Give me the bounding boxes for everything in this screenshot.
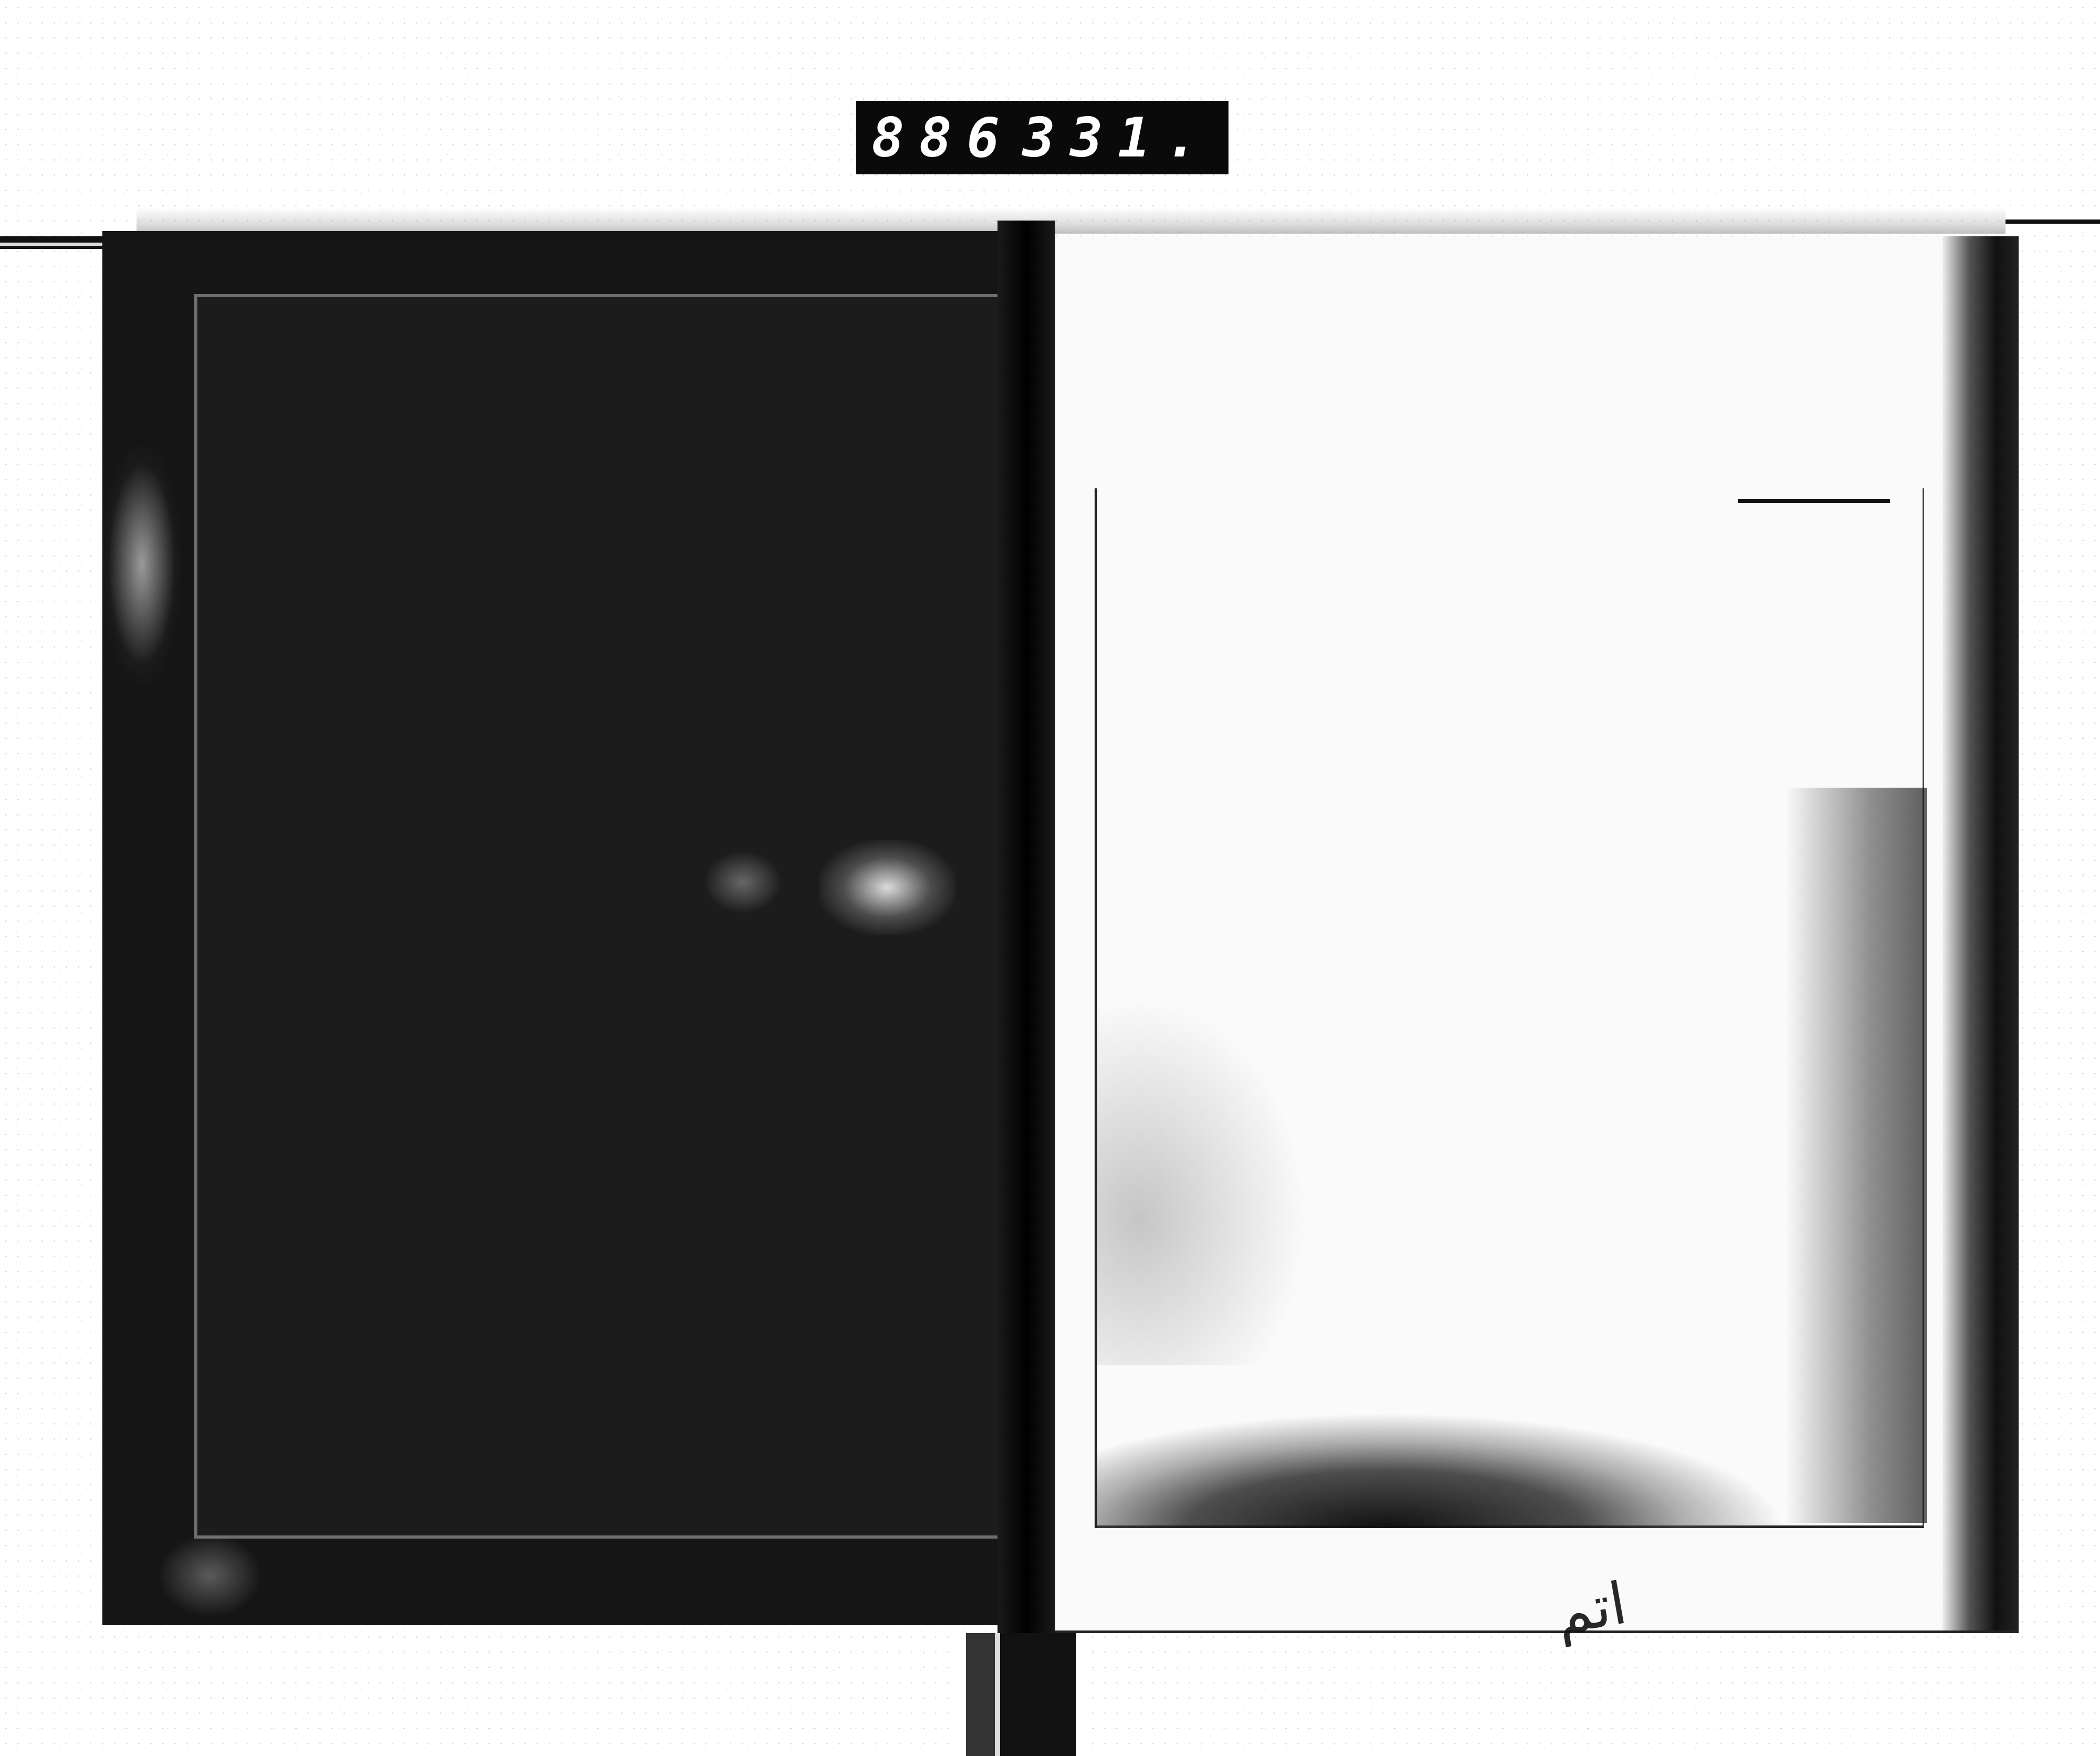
- cover-stain-light: [819, 840, 955, 935]
- book-spine-gutter: [997, 221, 1055, 1756]
- book-top-shadow: [136, 207, 2005, 234]
- cover-corner-wear: [157, 1533, 262, 1617]
- page-block-edge: [1942, 236, 2019, 1633]
- page-corner-mark: [1738, 499, 1890, 503]
- page-bottom-edge: [1045, 1630, 2019, 1633]
- film-edge-highlight-left: [0, 243, 105, 246]
- frame-counter: 886 331.: [856, 101, 1228, 174]
- page-stain-bottom: [1097, 1323, 1921, 1528]
- cover-wear-mark: [102, 446, 181, 683]
- film-edge-line-right: [2005, 220, 2100, 224]
- spine-tail: [955, 1633, 1087, 1756]
- reel-number: 886: [871, 106, 1014, 170]
- page-stain-left: [1097, 998, 1307, 1365]
- frame-number: 331.: [1023, 106, 1213, 170]
- cover-stain-small: [703, 851, 782, 914]
